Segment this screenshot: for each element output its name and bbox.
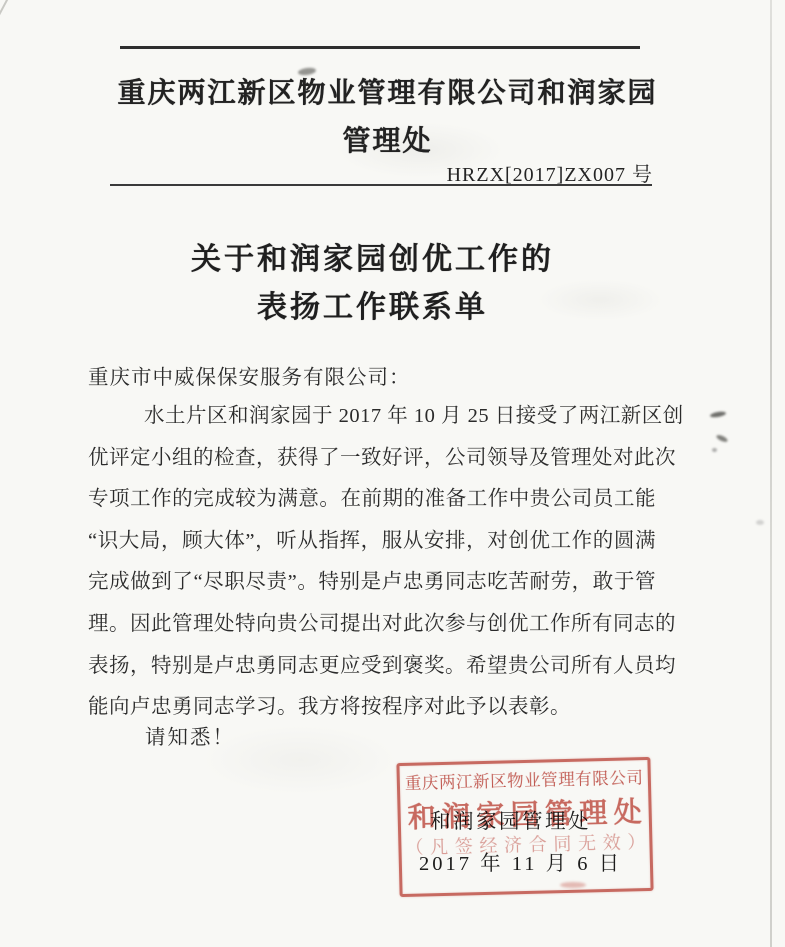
subject-line2: 表扬工作联系单 <box>0 284 745 332</box>
ink-smudge <box>716 434 729 444</box>
body-line: 水土片区和润家园于 2017 年 10 月 25 日接受了两江新区创 <box>88 396 656 438</box>
corner-fold-mark <box>0 0 10 38</box>
body-line: “识大局，顾大体”，听从指挥，服从安排，对创优工作的圆满 <box>88 521 656 563</box>
addressee-line: 重庆市中威保保安服务有限公司： <box>88 360 411 390</box>
scanned-document-page: 重庆两江新区物业管理有限公司和润家园 管理处 HRZX[2017]ZX007 号… <box>0 0 785 947</box>
body-text: 水土片区和润家园于 2017 年 10 月 25 日接受了两江新区创 优评定小组… <box>88 396 656 729</box>
letterhead-top-rule <box>120 46 640 49</box>
ink-smudge <box>710 411 727 419</box>
body-line: 优评定小组的检查，获得了一致好评，公司领导及管理处对此次 <box>88 438 656 480</box>
stamp-org-line: 重庆两江新区物业管理有限公司 <box>405 764 644 794</box>
body-line: 理。因此管理处特向贵公司提出对此次参与创优工作所有同志的 <box>88 604 656 646</box>
signature-date: 2017 年 11 月 6 日 <box>419 846 622 876</box>
body-line: 完成做到了“尽职尽责”。特别是卢忠勇同志吃苦耐劳，敢于管 <box>88 562 656 604</box>
ink-smudge <box>712 448 717 452</box>
letterhead-bottom-rule <box>110 184 652 186</box>
org-title-line1: 重庆两江新区物业管理有限公司和润家园 <box>0 70 775 118</box>
body-line: 专项工作的完成较为满意。在前期的准备工作中贵公司员工能 <box>88 479 656 521</box>
closing-line: 请知悉！ <box>145 720 235 750</box>
subject-line1: 关于和润家园创优工作的 <box>0 236 745 284</box>
org-title-line2: 管理处 <box>0 118 775 166</box>
document-subject-title: 关于和润家园创优工作的 表扬工作联系单 <box>0 236 745 332</box>
document-number: HRZX[2017]ZX007 号 <box>447 158 653 187</box>
body-line: 表扬，特别是卢忠勇同志更应受到褒奖。希望贵公司所有人员均 <box>88 646 656 688</box>
ink-smudge <box>756 520 764 525</box>
signature-org: 和润家园管理处 <box>430 804 591 834</box>
letterhead-org-title: 重庆两江新区物业管理有限公司和润家园 管理处 <box>0 70 775 166</box>
